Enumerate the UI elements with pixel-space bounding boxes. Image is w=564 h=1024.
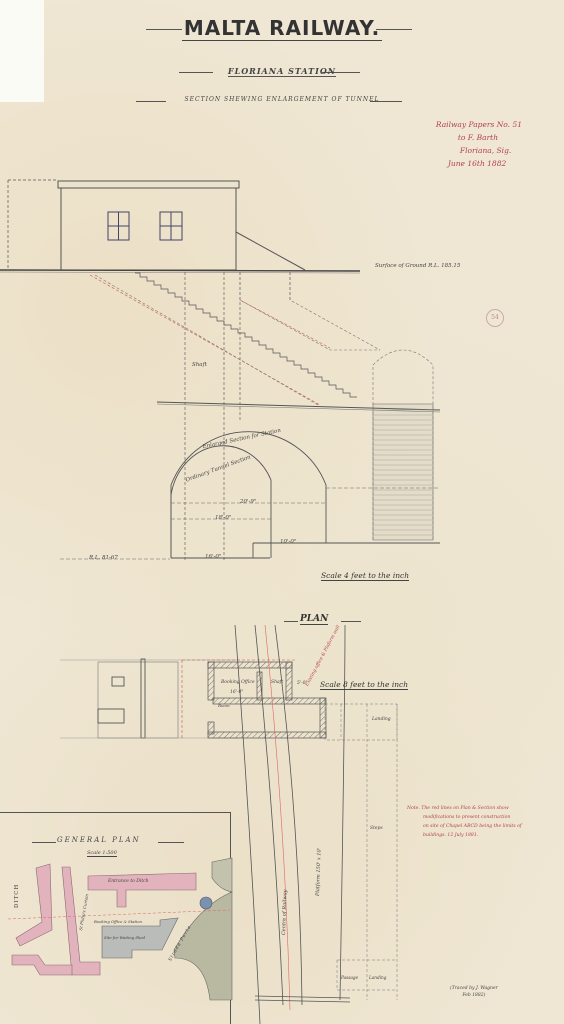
ditch-label: DITCH — [14, 884, 20, 908]
general-plan-map — [0, 0, 564, 1024]
traced-by-name: (Traced by J. Wagner — [450, 985, 498, 992]
traced-by-date: Feb 1882) — [450, 992, 498, 999]
entrance-label: Entrance to Ditch — [108, 879, 149, 884]
waiting-shed-label: Site for Waiting Shed — [104, 935, 145, 940]
ditch-wall — [16, 864, 52, 946]
station-building-label: Booking Office & Station — [94, 919, 142, 924]
blue-marker — [200, 897, 212, 909]
traced-by: (Traced by J. Wagner Feb 1882) — [450, 985, 498, 999]
